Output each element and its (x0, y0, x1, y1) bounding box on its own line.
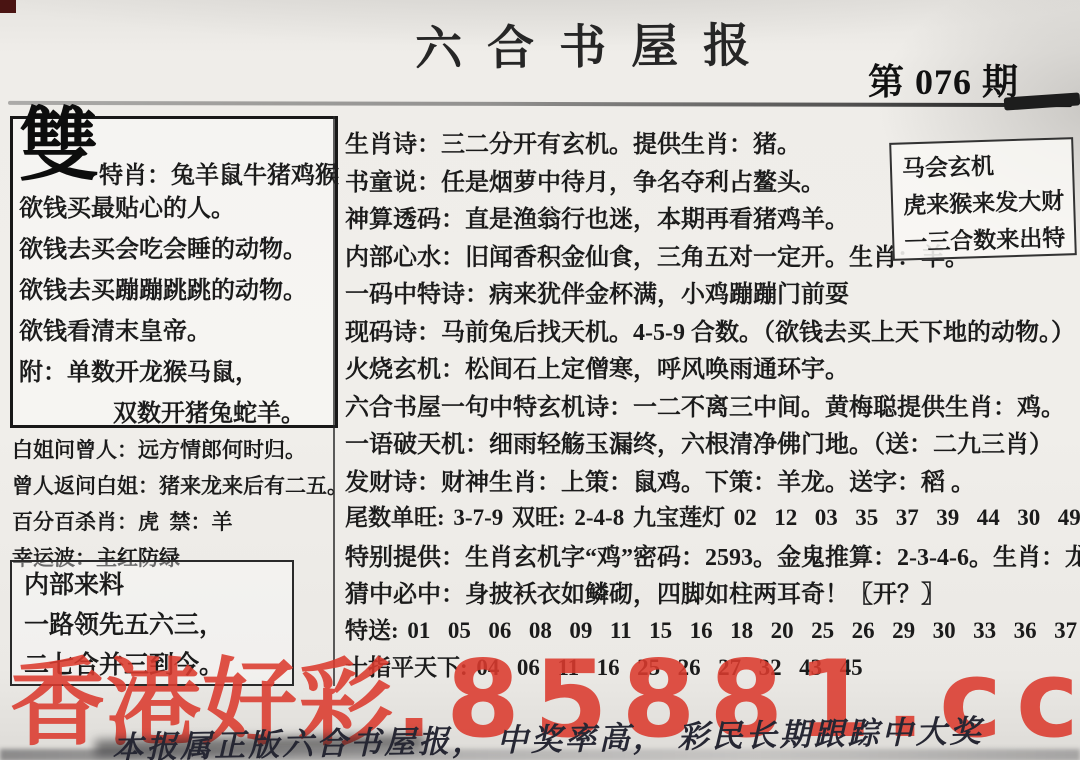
special-zodiac-box: 雙 特肖：兔羊鼠牛猪鸡猴 欲钱买最贴心的人。 欲钱去买会吃会睡的动物。 欲钱去买… (10, 116, 338, 428)
qa-line: 百分百杀肖：虎 禁：羊 (12, 504, 342, 540)
prediction-line: 现码诗：马前兔后找天机。4-5-9 合数。（欲钱去买上天下地的动物。） (345, 312, 1077, 350)
double-character: 雙 (19, 107, 99, 187)
inside-info-title: 内部来料 (24, 566, 224, 606)
prediction-line: 猜中必中：身披袄衣如鳞砌，四脚如柱两耳奇！〖开？〗 (345, 574, 1077, 612)
prediction-line: 火烧玄机：松间石上定僧寒，呼风唤雨通环宇。 (345, 349, 1077, 387)
prediction-line: 一码中特诗：病来犹伴金杯满，小鸡蹦蹦门前耍 (345, 274, 1077, 312)
special-zodiac-lines: 欲钱买最贴心的人。 欲钱去买会吃会睡的动物。 欲钱去买蹦蹦跳跳的动物。 欲钱看清… (19, 189, 331, 435)
qa-line: 白姐问曾人：远方情郎何时归。 (12, 432, 342, 468)
column-divider (333, 116, 335, 686)
prediction-line: 一语破天机：细雨轻觞玉漏终，六根清净佛门地。（送：二九三肖） (345, 424, 1077, 462)
special-zodiac-heading: 特肖：兔羊鼠牛猪鸡猴 (99, 155, 339, 190)
prediction-line: 一三合数来出特 (904, 219, 1066, 261)
prediction-line: 特别提供：生肖玄机字“鸡”密码：2593。金鬼推算：2-3-4-6。生肖：龙。 (345, 537, 1077, 575)
prediction-line: 六合书屋一句中特玄机诗：一二不离三中间。黄梅聪提供生肖：鸡。 (345, 387, 1077, 425)
issue-number: 第 076 期 (868, 54, 1019, 105)
prediction-line: 欲钱去买蹦蹦跳跳的动物。 (19, 271, 331, 312)
mahui-mystery-box: 马会玄机 虎来猴来发大财 一三合数来出特 (889, 137, 1077, 261)
mahui-mystery-lines: 马会玄机 虎来猴来发大财 一三合数来出特 (901, 145, 1065, 261)
prediction-line: 一路领先五六三， (24, 606, 224, 646)
prediction-line: 双数开猪兔蛇羊。 (19, 394, 331, 435)
prediction-line: 虎来猴来发大财 (903, 182, 1065, 224)
scanned-lottery-newspaper-page: 六合书屋报 第 076 期 雙 特肖：兔羊鼠牛猪鸡猴 欲钱买最贴心的人。 欲钱去… (0, 0, 1080, 760)
scan-corner-mark (0, 0, 16, 13)
page-title: 六合书屋报 (415, 8, 776, 79)
header-divider-rule (8, 101, 1072, 107)
prediction-line: 欲钱看清末皇帝。 (19, 312, 331, 353)
prediction-line: 欲钱买最贴心的人。 (19, 189, 331, 230)
prediction-line: 欲钱去买会吃会睡的动物。 (19, 230, 331, 271)
prediction-line: 发财诗：财神生肖：上策：鼠鸡。下策：羊龙。送字：稻 。 (345, 462, 1077, 500)
mahui-title: 马会玄机 (901, 145, 1063, 187)
prediction-line: 尾数单旺: 3-7-9 双旺: 2-4-8 九宝莲灯 02 12 03 35 3… (345, 499, 1077, 537)
qa-line: 曾人返问白姐：猪来龙来后有二五。 (12, 468, 342, 504)
qa-section: 白姐问曾人：远方情郎何时归。 曾人返问白姐：猪来龙来后有二五。 百分百杀肖：虎 … (12, 432, 342, 576)
prediction-line: 附：单数开龙猴马鼠， (19, 353, 331, 394)
